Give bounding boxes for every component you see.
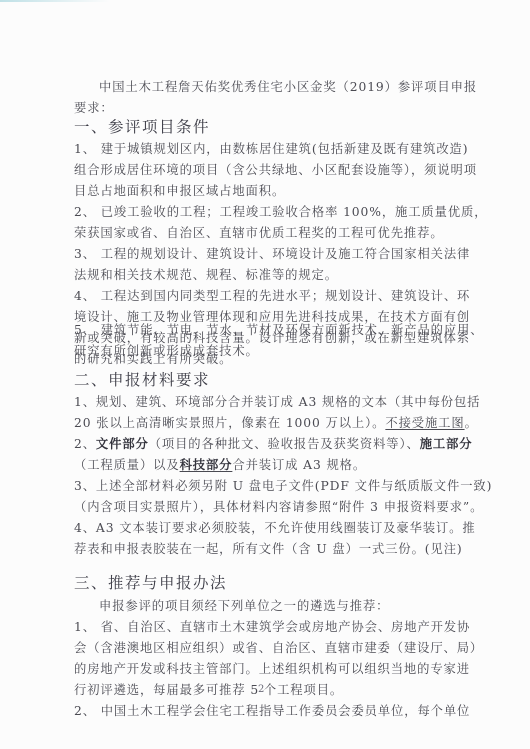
line-text: （工程质量）以及 (74, 458, 180, 472)
section-2-line: （工程质量）以及科技部分合并装订成 A3 规格。 (74, 458, 366, 472)
line-text: 20 张以上高清晰实景照片，像素在 1000 万以上）。 (74, 416, 385, 430)
section-1-line: 4、 工程达到国内同类型工程的先进水平；规划设计、建筑设计、环 (74, 289, 470, 303)
section-2-line: 20 张以上高清晰实景照片，像素在 1000 万以上）。不接受施工图。 (74, 416, 478, 430)
line-text: 。 (465, 416, 478, 430)
bold-text: 文件部分 (96, 436, 149, 451)
section-3-line: 的房地产开发或科技主管部门。上述组织机构可以组织当地的专家进 (74, 662, 470, 676)
document-title-line-1: 中国土木工程詹天佑奖优秀住宅小区金奖（2019）参评项目申报 (99, 80, 477, 94)
section-3-intro: 申报参评的项目须经下列单位之一的遴选与推荐： (99, 599, 389, 613)
section-2-line: 3、上述全部材料必须另附 U 盘电子文件(PDF 文件与纸质版文件一致) (74, 479, 492, 493)
section-1-line: 5、 建筑节能、节电、节水、节材及环保方面新技术、新产品的应用、 (74, 323, 483, 337)
line-text: 合并装订成 A3 规格。 (232, 458, 366, 472)
section-2-line: 2、文件部分（项目的各种批文、验收报告及获奖资料等）、施工部分 (74, 437, 473, 451)
section-2-line: （内含项目实景照片），具体材料内容请参照“附件 3 申报资料要求”。 (74, 500, 483, 514)
section-1-line: 荣获国家或省、自治区、直辖市优质工程奖的工程可优先推荐。 (74, 226, 444, 240)
section-1-line: 1、 建于城镇规划区内，由数栋居住建筑(包括新建及既有建筑改造) (74, 142, 468, 156)
section-3-line: 2、 中国土木工程学会住宅工程指导工作委员会委员单位，每个单位 (74, 704, 470, 718)
section-2-line: 4、A3 文本装订要求必须胶装，不允许使用线圈装订及豪华装订。推 (74, 521, 476, 535)
section-heading-2: 二、申报材料要求 (74, 371, 210, 389)
section-heading-3: 三、推荐与申报办法 (74, 574, 227, 592)
section-1-line: 2、 已竣工验收的工程；工程竣工验收合格率 100%，施工质量优质， (74, 205, 487, 219)
document-title-line-2: 要求： (74, 101, 114, 115)
section-1-line: 法规和相关技术规范、规程、标准等的规定。 (74, 268, 338, 282)
section-2-line: 1、规划、建筑、环境部分合并装订成 A3 规格的文本（其中每份包括 (74, 395, 480, 409)
underlined-text: 不接受施工图 (385, 416, 464, 430)
section-1-line: 目总占地面积和申报区域占地面积。 (74, 184, 285, 198)
section-1-line: 组合形成居住环境的项目（含公共绿地、小区配套设施等），须说明项 (74, 163, 477, 177)
bold-text: 施工部分 (420, 436, 473, 451)
section-2-line: 荐表和申报表胶装在一起，所有文件（含 U 盘）一式三份。(见注) (74, 542, 463, 556)
section-3-line: 会（含港澳地区相应组织）或省、自治区、直辖市建委（建设厅、局） (74, 641, 483, 655)
line-text: 2、 (74, 437, 96, 451)
document-page: 中国土木工程詹天佑奖优秀住宅小区金奖（2019）参评项目申报 要求： 一、参评项… (0, 0, 530, 749)
bold-underlined-text: 科技部分 (180, 457, 233, 472)
section-1-line: 3、 工程的规划设计、建筑设计、环境设计及施工符合国家相关法律 (74, 247, 470, 261)
section-1-line: 境设计、施工及物业管理体现和应用先进科技成果，在技术方面有创 (74, 310, 470, 324)
section-heading-1: 一、参评项目条件 (74, 118, 210, 136)
section-3-line: 1、 省、自治区、直辖市土木建筑学会或房地产协会、房地产开发协 (74, 620, 470, 634)
section-1-line: 研究有所创新或形成成套技术。 (74, 344, 259, 358)
line-text: （项目的各种批文、验收报告及获奖资料等）、 (149, 437, 420, 451)
page-number: 2 (258, 684, 264, 695)
section-3-line: 行初评遴选，每届最多可推荐 5 个工程项目。 (74, 683, 343, 697)
